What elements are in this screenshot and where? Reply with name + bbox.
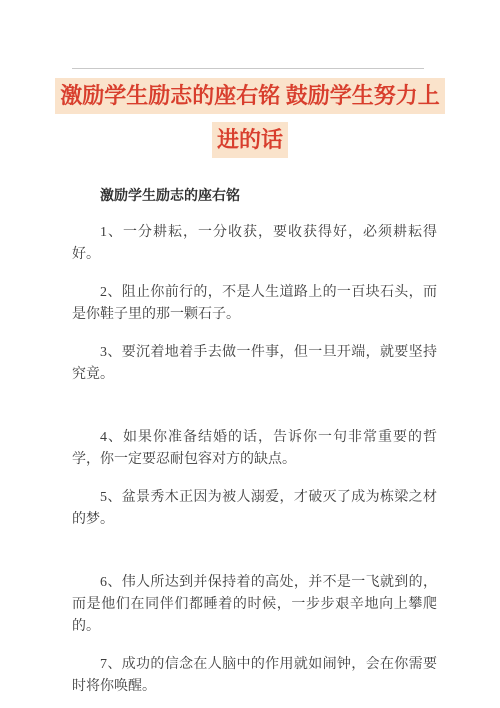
title-line-1: 激励学生励志的座右铭 鼓励学生努力上 — [55, 78, 445, 114]
list-item-5: 5、盆景秀木正因为被人溺爱，才破灭了成为栋梁之材的梦。 — [72, 487, 437, 531]
article-body: 激励学生励志的座右铭 1、一分耕耘，一分收获，要收获得好，必须耕耘得好。 2、阻… — [72, 186, 437, 698]
list-item-2: 2、阻止你前行的，不是人生道路上的一百块石头，而是你鞋子里的那一颗石子。 — [72, 282, 437, 326]
title-line-2: 进的话 — [212, 122, 288, 158]
document-title: 激励学生励志的座右铭 鼓励学生努力上 进的话 — [0, 78, 500, 158]
title-line-1-row: 激励学生励志的座右铭 鼓励学生努力上 — [0, 78, 500, 114]
title-line-2-row: 进的话 — [0, 122, 500, 158]
horizontal-divider — [72, 68, 424, 69]
list-item-7: 7、成功的信念在人脑中的作用就如闹钟，会在你需要时将你唤醒。 — [72, 654, 437, 698]
list-item-1: 1、一分耕耘，一分收获，要收获得好，必须耕耘得好。 — [72, 222, 437, 266]
list-item-3: 3、要沉着地着手去做一件事，但一旦开端，就要坚持究竟。 — [72, 342, 437, 386]
article-heading: 激励学生励志的座右铭 — [72, 186, 437, 208]
list-item-4: 4、如果你准备结婚的话，告诉你一句非常重要的哲学，你一定要忍耐包容对方的缺点。 — [72, 427, 437, 471]
list-item-6: 6、伟人所达到并保持着的高处，并不是一飞就到的，而是他们在同伴们都睡着的时候，一… — [72, 572, 437, 638]
document-page: 激励学生励志的座右铭 鼓励学生努力上 进的话 激励学生励志的座右铭 1、一分耕耘… — [0, 0, 500, 708]
